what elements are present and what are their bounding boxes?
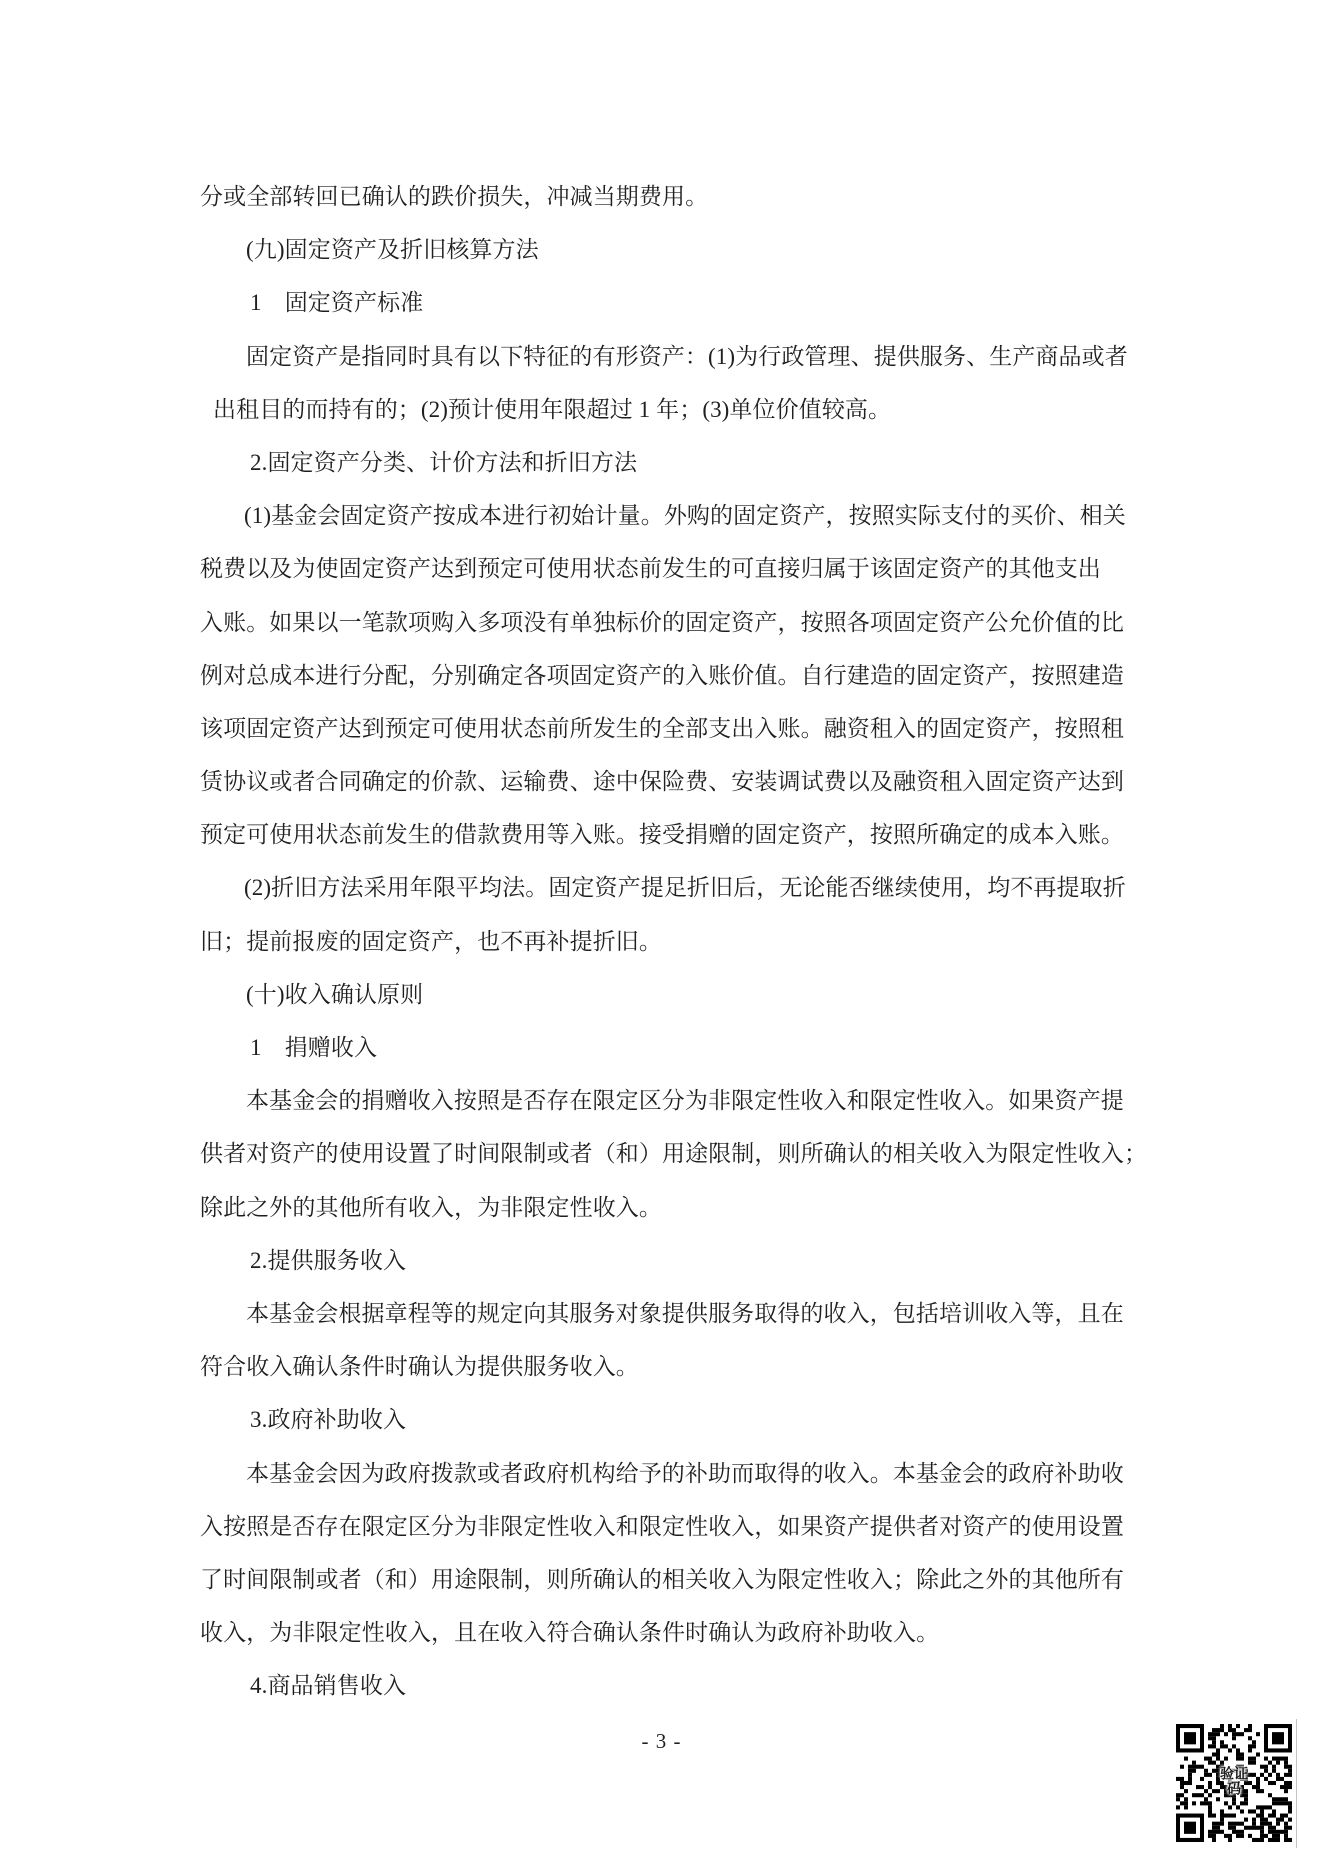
text-line: 3.政府补助收入 xyxy=(200,1393,1165,1446)
text-line: 入按照是否存在限定区分为非限定性收入和限定性收入，如果资产提供者对资产的使用设置 xyxy=(200,1500,1165,1553)
text-line: 固定资产是指同时具有以下特征的有形资产：(1)为行政管理、提供服务、生产商品或者 xyxy=(200,330,1165,383)
scan-artifact-line xyxy=(1296,1719,1297,1848)
text-line: 2.提供服务收入 xyxy=(200,1234,1165,1287)
text-line: (十)收入确认原则 xyxy=(200,968,1165,1021)
qr-label-line1: 验证 xyxy=(1220,1767,1248,1782)
text-line: (2)折旧方法采用年限平均法。固定资产提足折旧后，无论能否继续使用，均不再提取折 xyxy=(200,861,1165,914)
text-line: 预定可使用状态前发生的借款费用等入账。接受捐赠的固定资产，按照所确定的成本入账。 xyxy=(200,808,1165,861)
text-line: 本基金会根据章程等的规定向其服务对象提供服务取得的收入，包括培训收入等，且在 xyxy=(200,1287,1165,1340)
verification-qr-code: 验证 码 xyxy=(1176,1724,1292,1842)
text-line: 供者对资产的使用设置了时间限制或者（和）用途限制，则所确认的相关收入为限定性收入… xyxy=(200,1127,1165,1180)
text-line: 收入，为非限定性收入，且在收入符合确认条件时确认为政府补助收入。 xyxy=(200,1606,1165,1659)
page-number: - 3 - xyxy=(0,1729,1323,1754)
text-line: 了时间限制或者（和）用途限制，则所确认的相关收入为限定性收入；除此之外的其他所有 xyxy=(200,1553,1165,1606)
text-line: 例对总成本进行分配，分别确定各项固定资产的入账价值。自行建造的固定资产，按照建造 xyxy=(200,649,1165,702)
qr-label-line2: 码 xyxy=(1220,1782,1248,1797)
text-line: 1 捐赠收入 xyxy=(200,1021,1165,1074)
text-line: 4.商品销售收入 xyxy=(200,1659,1165,1712)
text-line: 出租目的而持有的；(2)预计使用年限超过 1 年；(3)单位价值较高。 xyxy=(200,383,1165,436)
text-line: 2.固定资产分类、计价方法和折旧方法 xyxy=(200,436,1165,489)
document-page: 分或全部转回已确认的跌价损失，冲减当期费用。(九)固定资产及折旧核算方法1 固定… xyxy=(0,0,1323,1871)
text-line: 符合收入确认条件时确认为提供服务收入。 xyxy=(200,1340,1165,1393)
text-line: 该项固定资产达到预定可使用状态前所发生的全部支出入账。融资租入的固定资产，按照租 xyxy=(200,702,1165,755)
text-line: 分或全部转回已确认的跌价损失，冲减当期费用。 xyxy=(200,170,1165,223)
text-line: (1)基金会固定资产按成本进行初始计量。外购的固定资产，按照实际支付的买价、相关 xyxy=(200,489,1165,542)
text-line: 本基金会因为政府拨款或者政府机构给予的补助而取得的收入。本基金会的政府补助收 xyxy=(200,1447,1165,1500)
text-line: 入账。如果以一笔款项购入多项没有单独标价的固定资产，按照各项固定资产公允价值的比 xyxy=(200,596,1165,649)
qr-center-label: 验证 码 xyxy=(1220,1767,1248,1797)
text-line: 1 固定资产标准 xyxy=(200,276,1165,329)
body-text: 分或全部转回已确认的跌价损失，冲减当期费用。(九)固定资产及折旧核算方法1 固定… xyxy=(200,170,1165,1712)
text-line: 本基金会的捐赠收入按照是否存在限定区分为非限定性收入和限定性收入。如果资产提 xyxy=(200,1074,1165,1127)
text-line: 税费以及为使固定资产达到预定可使用状态前发生的可直接归属于该固定资产的其他支出 xyxy=(200,542,1165,595)
text-line: 旧；提前报废的固定资产，也不再补提折旧。 xyxy=(200,915,1165,968)
text-line: 赁协议或者合同确定的价款、运输费、途中保险费、安装调试费以及融资租入固定资产达到 xyxy=(200,755,1165,808)
text-line: 除此之外的其他所有收入，为非限定性收入。 xyxy=(200,1181,1165,1234)
text-line: (九)固定资产及折旧核算方法 xyxy=(200,223,1165,276)
